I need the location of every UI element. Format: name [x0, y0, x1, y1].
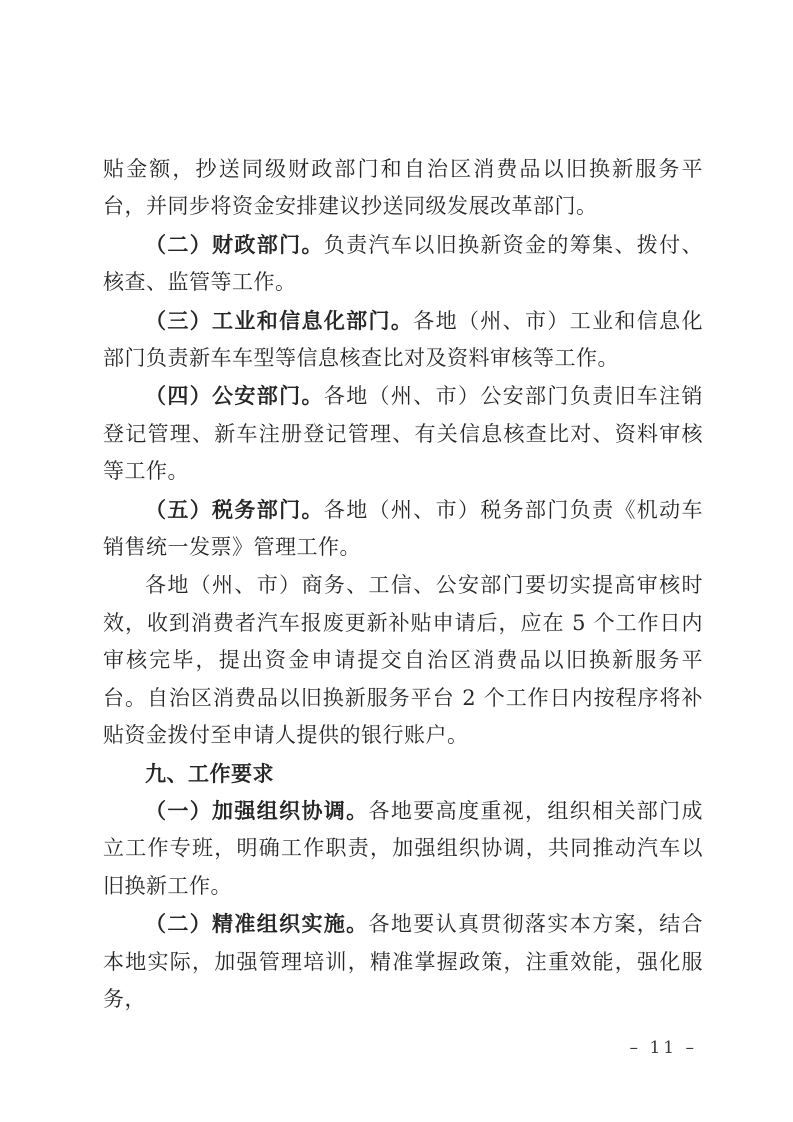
paragraph-tax-dept: （五）税务部门。各地（州、市）税务部门负责《机动车销售统一发票》管理工作。: [103, 491, 703, 567]
paragraph-lead: （四）公安部门。: [145, 383, 324, 408]
paragraph-public-security-dept: （四）公安部门。各地（州、市）公安部门负责旧车注销登记管理、新车注册登记管理、有…: [103, 377, 703, 490]
paragraph-industry-dept: （三）工业和信息化部门。各地（州、市）工业和信息化部门负责新车车型等信息核查比对…: [103, 302, 703, 378]
page-number: – 11 –: [630, 1038, 697, 1058]
paragraph-lead: （三）工业和信息化部门。: [145, 308, 413, 333]
document-page: 贴金额，抄送同级财政部门和自治区消费品以旧换新服务平台，并同步将资金安排建议抄送…: [0, 0, 793, 1122]
paragraph-finance-dept: （二）财政部门。负责汽车以旧换新资金的筹集、拨付、核查、监管等工作。: [103, 226, 703, 302]
paragraph-lead: （二）精准组织实施。: [145, 911, 369, 936]
paragraph-continuation: 贴金额，抄送同级财政部门和自治区消费品以旧换新服务平台，并同步将资金安排建议抄送…: [103, 150, 703, 226]
paragraph-strengthen-coordination: （一）加强组织协调。各地要高度重视，组织相关部门成立工作专班，明确工作职责，加强…: [103, 792, 703, 905]
heading-text: 九、工作要求: [145, 761, 274, 786]
paragraph-precise-implementation: （二）精准组织实施。各地要认真贯彻落实本方案，结合本地实际，加强管理培训，精准掌…: [103, 905, 703, 1018]
paragraph-text: 各地（州、市）商务、工信、公安部门要切实提高审核时效，收到消费者汽车报废更新补贴…: [103, 573, 703, 747]
document-body: 贴金额，抄送同级财政部门和自治区消费品以旧换新服务平台，并同步将资金安排建议抄送…: [103, 150, 703, 1018]
paragraph-lead: （五）税务部门。: [145, 497, 324, 522]
paragraph-review-timeline: 各地（州、市）商务、工信、公安部门要切实提高审核时效，收到消费者汽车报废更新补贴…: [103, 566, 703, 754]
paragraph-lead: （一）加强组织协调。: [145, 798, 369, 823]
paragraph-lead: （二）财政部门。: [145, 232, 324, 257]
section-heading-work-requirements: 九、工作要求: [103, 755, 703, 792]
paragraph-text: 贴金额，抄送同级财政部门和自治区消费品以旧换新服务平台，并同步将资金安排建议抄送…: [103, 157, 703, 218]
